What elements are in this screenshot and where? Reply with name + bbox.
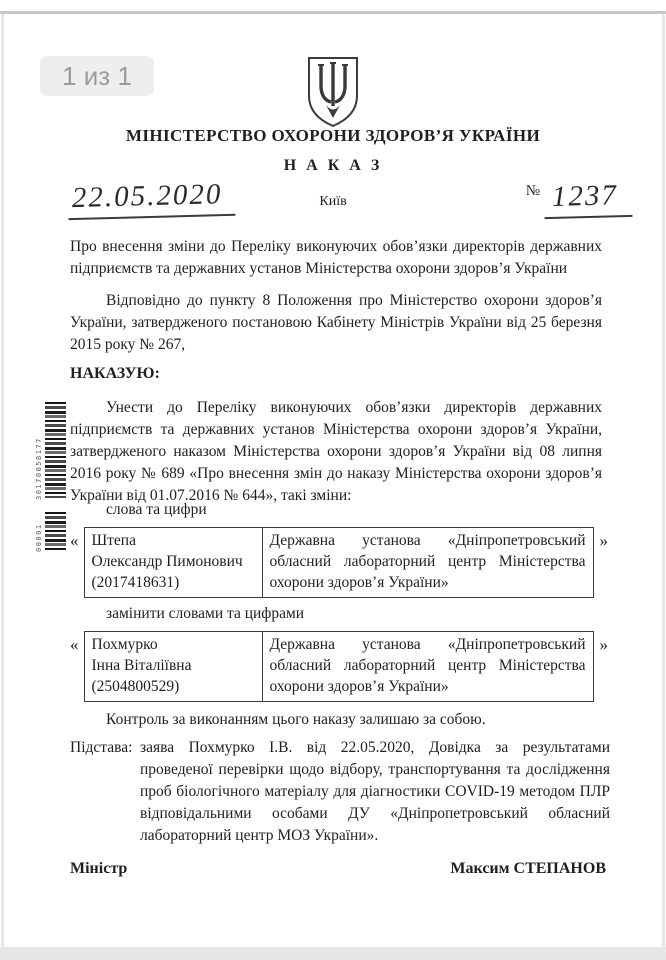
barcode-icon: [45, 512, 66, 550]
open-quote-mark: «: [70, 527, 79, 551]
city-label: Київ: [319, 194, 346, 210]
order-word: НАКАЗУЮ:: [70, 365, 160, 383]
barcode-digits-bottom: 00001: [35, 512, 43, 552]
barcode-digits-top: 30170058177: [35, 400, 43, 500]
order-body-paragraph: Унести до Переліку виконуючих обов’язки …: [70, 397, 602, 507]
basis-label: Підстава:: [70, 737, 140, 847]
page-left-edge: [1, 14, 4, 947]
page-right-edge: [662, 14, 665, 947]
signer-position: Міністр: [70, 860, 127, 878]
number-sign-label: №: [526, 183, 540, 199]
words-intro-line: слова та цифри: [106, 501, 207, 519]
handwritten-number: 1237: [544, 179, 633, 219]
new-entry-table-block: « Похмурко Інна Віталіївна (2504800529) …: [70, 631, 622, 702]
person-tax-id: (2504800529): [92, 676, 255, 697]
page-counter-badge: 1 из 1: [40, 56, 154, 96]
open-quote-mark: «: [70, 631, 79, 655]
handwritten-date: 22.05.2020: [68, 178, 235, 220]
control-clause: Контроль за виконанням цього наказу зали…: [106, 711, 486, 729]
signature-row: Міністр Максим СТЕПАНОВ: [70, 860, 606, 878]
order-subject: Про внесення зміни до Переліку виконуючи…: [70, 236, 602, 280]
close-quote-mark: »: [600, 631, 609, 655]
person-surname: Похмурко: [92, 634, 255, 655]
basis-text: заява Похмурко І.В. від 22.05.2020, Дові…: [140, 737, 610, 847]
institution-cell: Державна установа «Дніпропетровський обл…: [262, 528, 593, 598]
person-cell: Похмурко Інна Віталіївна (2504800529): [84, 632, 262, 702]
close-quote-mark: »: [600, 527, 609, 551]
old-entry-table: Штепа Олександр Пимонович (2017418631) Д…: [84, 527, 594, 598]
signer-name: Максим СТЕПАНОВ: [450, 860, 606, 878]
person-tax-id: (2017418631): [92, 572, 255, 593]
ukraine-trident-emblem-icon: [304, 56, 362, 133]
old-entry-table-block: « Штепа Олександр Пимонович (2017418631)…: [70, 527, 622, 598]
ministry-title: МІНІСТЕРСТВО ОХОРОНИ ЗДОРОВ’Я УКРАЇНИ: [0, 126, 666, 146]
order-preamble: Відповідно до пункту 8 Положення про Мін…: [70, 290, 602, 356]
replace-intro-line: замінити словами та цифрами: [106, 605, 304, 623]
institution-cell: Державна установа «Дніпропетровський обл…: [262, 632, 593, 702]
barcode-icon: [45, 402, 66, 498]
table-row: Штепа Олександр Пимонович (2017418631) Д…: [84, 528, 593, 598]
basis-block: Підстава: заява Похмурко І.В. від 22.05.…: [70, 737, 610, 847]
viewer-bottom-strip: [0, 947, 666, 960]
date-city-number-row: 22.05.2020 Київ № 1237: [68, 178, 632, 224]
page-top-edge: [0, 11, 666, 14]
document-type-heading: Н А К А З: [0, 157, 666, 175]
person-cell: Штепа Олександр Пимонович (2017418631): [84, 528, 262, 598]
new-entry-table: Похмурко Інна Віталіївна (2504800529) Де…: [84, 631, 594, 702]
table-row: Похмурко Інна Віталіївна (2504800529) Де…: [84, 632, 593, 702]
person-given-names: Інна Віталіївна: [92, 655, 255, 676]
page-counter-label: 1 из 1: [62, 61, 132, 92]
document-number: № 1237: [526, 180, 632, 218]
person-given-names: Олександр Пимонович: [92, 551, 255, 572]
person-surname: Штепа: [92, 530, 255, 551]
